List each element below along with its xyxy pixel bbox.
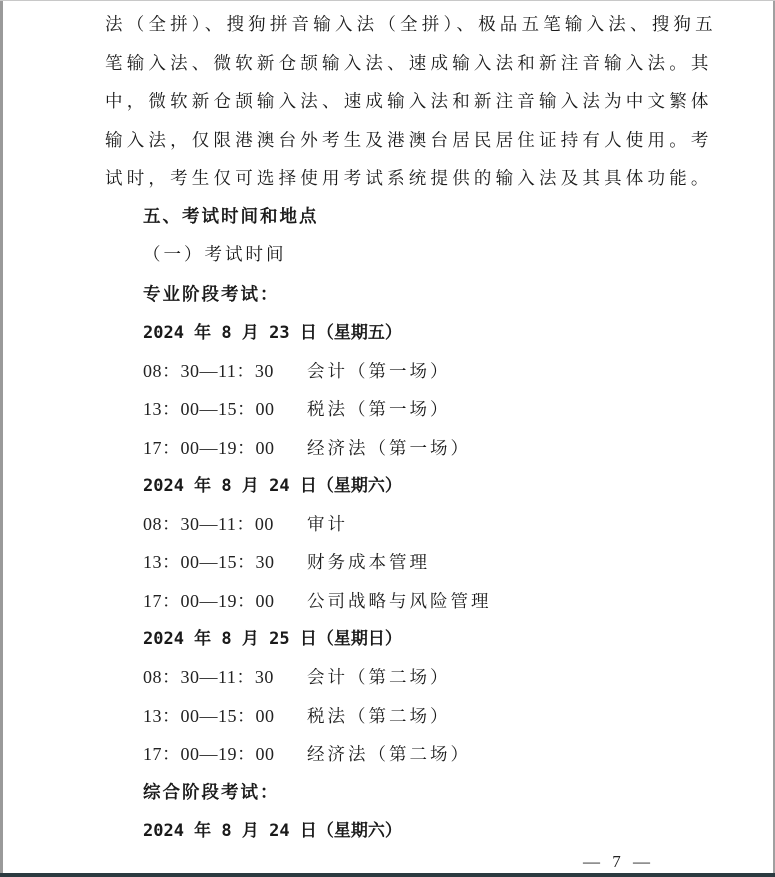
professional-stage-label: 专业阶段考试： [143,283,280,307]
session-subject: 财务成本管理 [307,553,430,573]
session-time: 13：00—15：00 [143,704,307,728]
session-time: 13：00—15：30 [143,550,307,574]
session-row: 08：30—11：30会计（第二场） [143,665,451,690]
session-row: 08：30—11：30会计（第一场） [143,359,451,384]
exam-date: 2024 年 8 月 24 日（星期六） [143,819,402,843]
session-subject: 审计 [307,515,348,535]
session-time: 17：00—19：00 [143,589,307,613]
document-page: 法（全拼）、搜狗拼音输入法（全拼）、极品五笔输入法、搜狗五 笔输入法、微软新仓颉… [0,1,773,874]
exam-date: 2024 年 8 月 23 日（星期五） [143,321,402,345]
subsection-heading: （一）考试时间 [143,243,287,267]
section-heading: 五、考试时间和地点 [143,205,319,229]
session-time: 17：00—19：00 [143,436,307,460]
paragraph-line: 法（全拼）、搜狗拼音输入法（全拼）、极品五笔输入法、搜狗五 [105,13,717,37]
paragraph-line: 笔输入法、微软新仓颉输入法、速成输入法和新注音输入法。其 [105,52,713,76]
session-subject: 会计（第二场） [307,668,451,688]
exam-date: 2024 年 8 月 25 日（星期日） [143,627,402,651]
session-subject: 公司战略与风险管理 [307,592,492,612]
comprehensive-stage-label: 综合阶段考试： [143,781,280,805]
page-number: — 7 — [583,852,654,872]
bottom-toolbar-edge [0,873,775,877]
document-viewport: 法（全拼）、搜狗拼音输入法（全拼）、极品五笔输入法、搜狗五 笔输入法、微软新仓颉… [0,0,775,877]
session-row: 13：00—15：00税法（第一场） [143,397,451,422]
session-subject: 税法（第一场） [307,400,451,420]
session-row: 08：30—11：00审计 [143,512,348,537]
session-time: 17：00—19：00 [143,742,307,766]
session-row: 13：00—15：30财务成本管理 [143,550,430,575]
session-subject: 税法（第二场） [307,707,451,727]
session-row: 17：00—19：00经济法（第二场） [143,742,471,767]
session-subject: 会计（第一场） [307,362,451,382]
session-subject: 经济法（第一场） [307,439,471,459]
paragraph-line: 输入法，仅限港澳台外考生及港澳台居民居住证持有人使用。考 [105,129,713,153]
exam-date: 2024 年 8 月 24 日（星期六） [143,474,402,498]
paragraph-line: 中，微软新仓颉输入法、速成输入法和新注音输入法为中文繁体 [105,90,713,114]
session-time: 08：30—11：30 [143,359,307,383]
session-subject: 经济法（第二场） [307,745,471,765]
paragraph-line: 试时，考生仅可选择使用考试系统提供的输入法及其具体功能。 [105,167,713,191]
session-row: 13：00—15：00税法（第二场） [143,704,451,729]
session-row: 17：00—19：00经济法（第一场） [143,436,471,461]
session-row: 17：00—19：00公司战略与风险管理 [143,589,492,614]
session-time: 08：30—11：30 [143,665,307,689]
session-time: 08：30—11：00 [143,512,307,536]
session-time: 13：00—15：00 [143,397,307,421]
